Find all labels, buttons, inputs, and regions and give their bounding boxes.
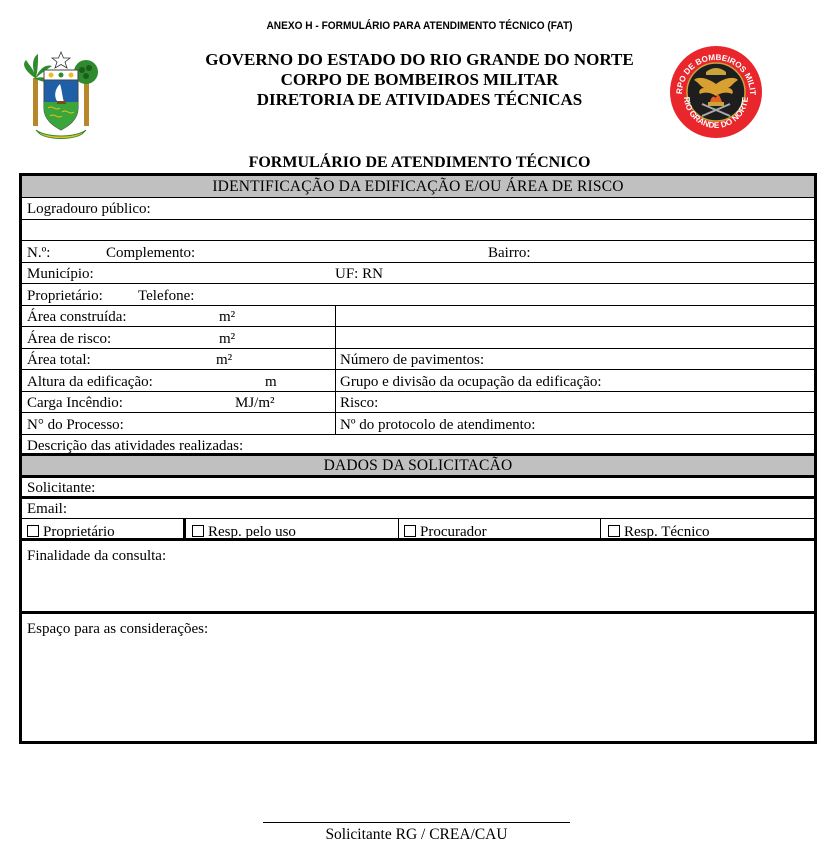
- form-title: FORMULÁRIO DE ATENDIMENTO TÉCNICO: [0, 154, 839, 172]
- annex-title: ANEXO H - FORMULÁRIO PARA ATENDIMENTO TÉ…: [34, 20, 806, 32]
- column-divider: [335, 370, 336, 391]
- altura-label: Altura da edificação:: [27, 373, 153, 391]
- finalidade-consulta-field[interactable]: Finalidade da consulta:: [22, 541, 814, 614]
- option-resp-pelo-uso[interactable]: Resp. pelo uso: [192, 523, 296, 541]
- area-construida-row: Área construída: m²: [22, 306, 814, 327]
- option-label: Procurador: [420, 524, 487, 540]
- atendimento-tecnico-form: IDENTIFICAÇÃO DA EDIFICAÇÃO E/OU ÁREA DE…: [19, 173, 817, 744]
- solicitante-label: Solicitante:: [27, 479, 95, 497]
- carga-incendio-row: Carga Incêndio: MJ/m² Risco:: [22, 392, 814, 413]
- complemento-label: Complemento:: [106, 244, 195, 262]
- uf-label: UF: RN: [335, 265, 383, 283]
- telefone-label: Telefone:: [138, 287, 194, 305]
- section-header-solicitacao: DADOS DA SOLICITACÃO: [22, 456, 814, 478]
- checkbox-icon[interactable]: [608, 525, 620, 537]
- option-divider: [398, 519, 399, 538]
- section-header-identificacao: IDENTIFICAÇÃO DA EDIFICAÇÃO E/OU ÁREA DE…: [22, 176, 814, 198]
- area-total-unit: m²: [216, 351, 232, 369]
- altura-unit: m: [265, 373, 277, 391]
- tipo-solicitante-options: Proprietário Resp. pelo uso Procurador R…: [22, 519, 814, 541]
- grupo-divisao-label: Grupo e divisão da ocupação da edificaçã…: [340, 373, 602, 391]
- checkbox-icon[interactable]: [192, 525, 204, 537]
- option-resp-tecnico[interactable]: Resp. Técnico: [608, 523, 710, 541]
- column-divider: [335, 413, 336, 434]
- municipio-row: Município: UF: RN: [22, 263, 814, 284]
- numero-label: N.º:: [27, 244, 50, 262]
- section-title-solicitacao: DADOS DA SOLICITACÃO: [324, 457, 513, 474]
- logradouro-continuation-field[interactable]: [22, 220, 814, 241]
- option-divider: [183, 519, 186, 538]
- proprietario-row: Proprietário: Telefone:: [22, 284, 814, 306]
- area-total-label: Área total:: [27, 351, 91, 369]
- descricao-atividades-field[interactable]: Descrição das atividades realizadas:: [22, 435, 814, 456]
- checkbox-icon[interactable]: [27, 525, 39, 537]
- checkbox-icon[interactable]: [404, 525, 416, 537]
- protocolo-label: Nº do protocolo de atendimento:: [340, 416, 535, 434]
- carga-incendio-unit: MJ/m²: [235, 394, 275, 412]
- option-label: Proprietário: [43, 524, 115, 540]
- signature-line: [263, 822, 570, 823]
- area-construida-label: Área construída:: [27, 308, 127, 326]
- logradouro-field[interactable]: Logradouro público:: [22, 198, 814, 220]
- logradouro-label: Logradouro público:: [27, 200, 151, 218]
- solicitante-field[interactable]: Solicitante:: [22, 478, 814, 499]
- email-field[interactable]: Email:: [22, 499, 814, 519]
- descricao-label: Descrição das atividades realizadas:: [27, 437, 243, 455]
- area-risco-label: Área de risco:: [27, 330, 111, 348]
- area-total-row: Área total: m² Número de pavimentos:: [22, 349, 814, 370]
- signature-label: Solicitante RG / CREA/CAU: [263, 826, 570, 844]
- column-divider: [335, 306, 336, 326]
- processo-label: N° do Processo:: [27, 416, 124, 434]
- altura-row: Altura da edificação: m Grupo e divisão …: [22, 370, 814, 392]
- risco-label: Risco:: [340, 394, 378, 412]
- option-proprietario[interactable]: Proprietário: [27, 523, 115, 541]
- column-divider: [335, 392, 336, 412]
- column-divider: [335, 349, 336, 369]
- area-risco-row: Área de risco: m²: [22, 327, 814, 349]
- proprietario-label: Proprietário:: [27, 287, 103, 305]
- option-label: Resp. pelo uso: [208, 524, 296, 540]
- processo-row: N° do Processo: Nº do protocolo de atend…: [22, 413, 814, 435]
- option-label: Resp. Técnico: [624, 524, 710, 540]
- area-construida-unit: m²: [219, 308, 235, 326]
- consideracoes-label: Espaço para as considerações:: [27, 620, 208, 638]
- consideracoes-field[interactable]: Espaço para as considerações:: [22, 614, 814, 741]
- pavimentos-label: Número de pavimentos:: [340, 351, 484, 369]
- finalidade-label: Finalidade da consulta:: [27, 547, 166, 565]
- option-procurador[interactable]: Procurador: [404, 523, 487, 541]
- column-divider: [335, 327, 336, 348]
- bairro-label: Bairro:: [488, 244, 531, 262]
- corpo-de-bombeiros-militar-badge-icon: CORPO DE BOMBEIROS MILITAR RIO GRANDE DO…: [668, 44, 764, 140]
- municipio-label: Município:: [27, 265, 94, 283]
- email-label: Email:: [27, 500, 67, 518]
- carga-incendio-label: Carga Incêndio:: [27, 394, 123, 412]
- area-risco-unit: m²: [219, 330, 235, 348]
- section-title-identificacao: IDENTIFICAÇÃO DA EDIFICAÇÃO E/OU ÁREA DE…: [212, 178, 623, 195]
- option-divider: [600, 519, 601, 538]
- endereco-row: N.º: Complemento: Bairro:: [22, 241, 814, 263]
